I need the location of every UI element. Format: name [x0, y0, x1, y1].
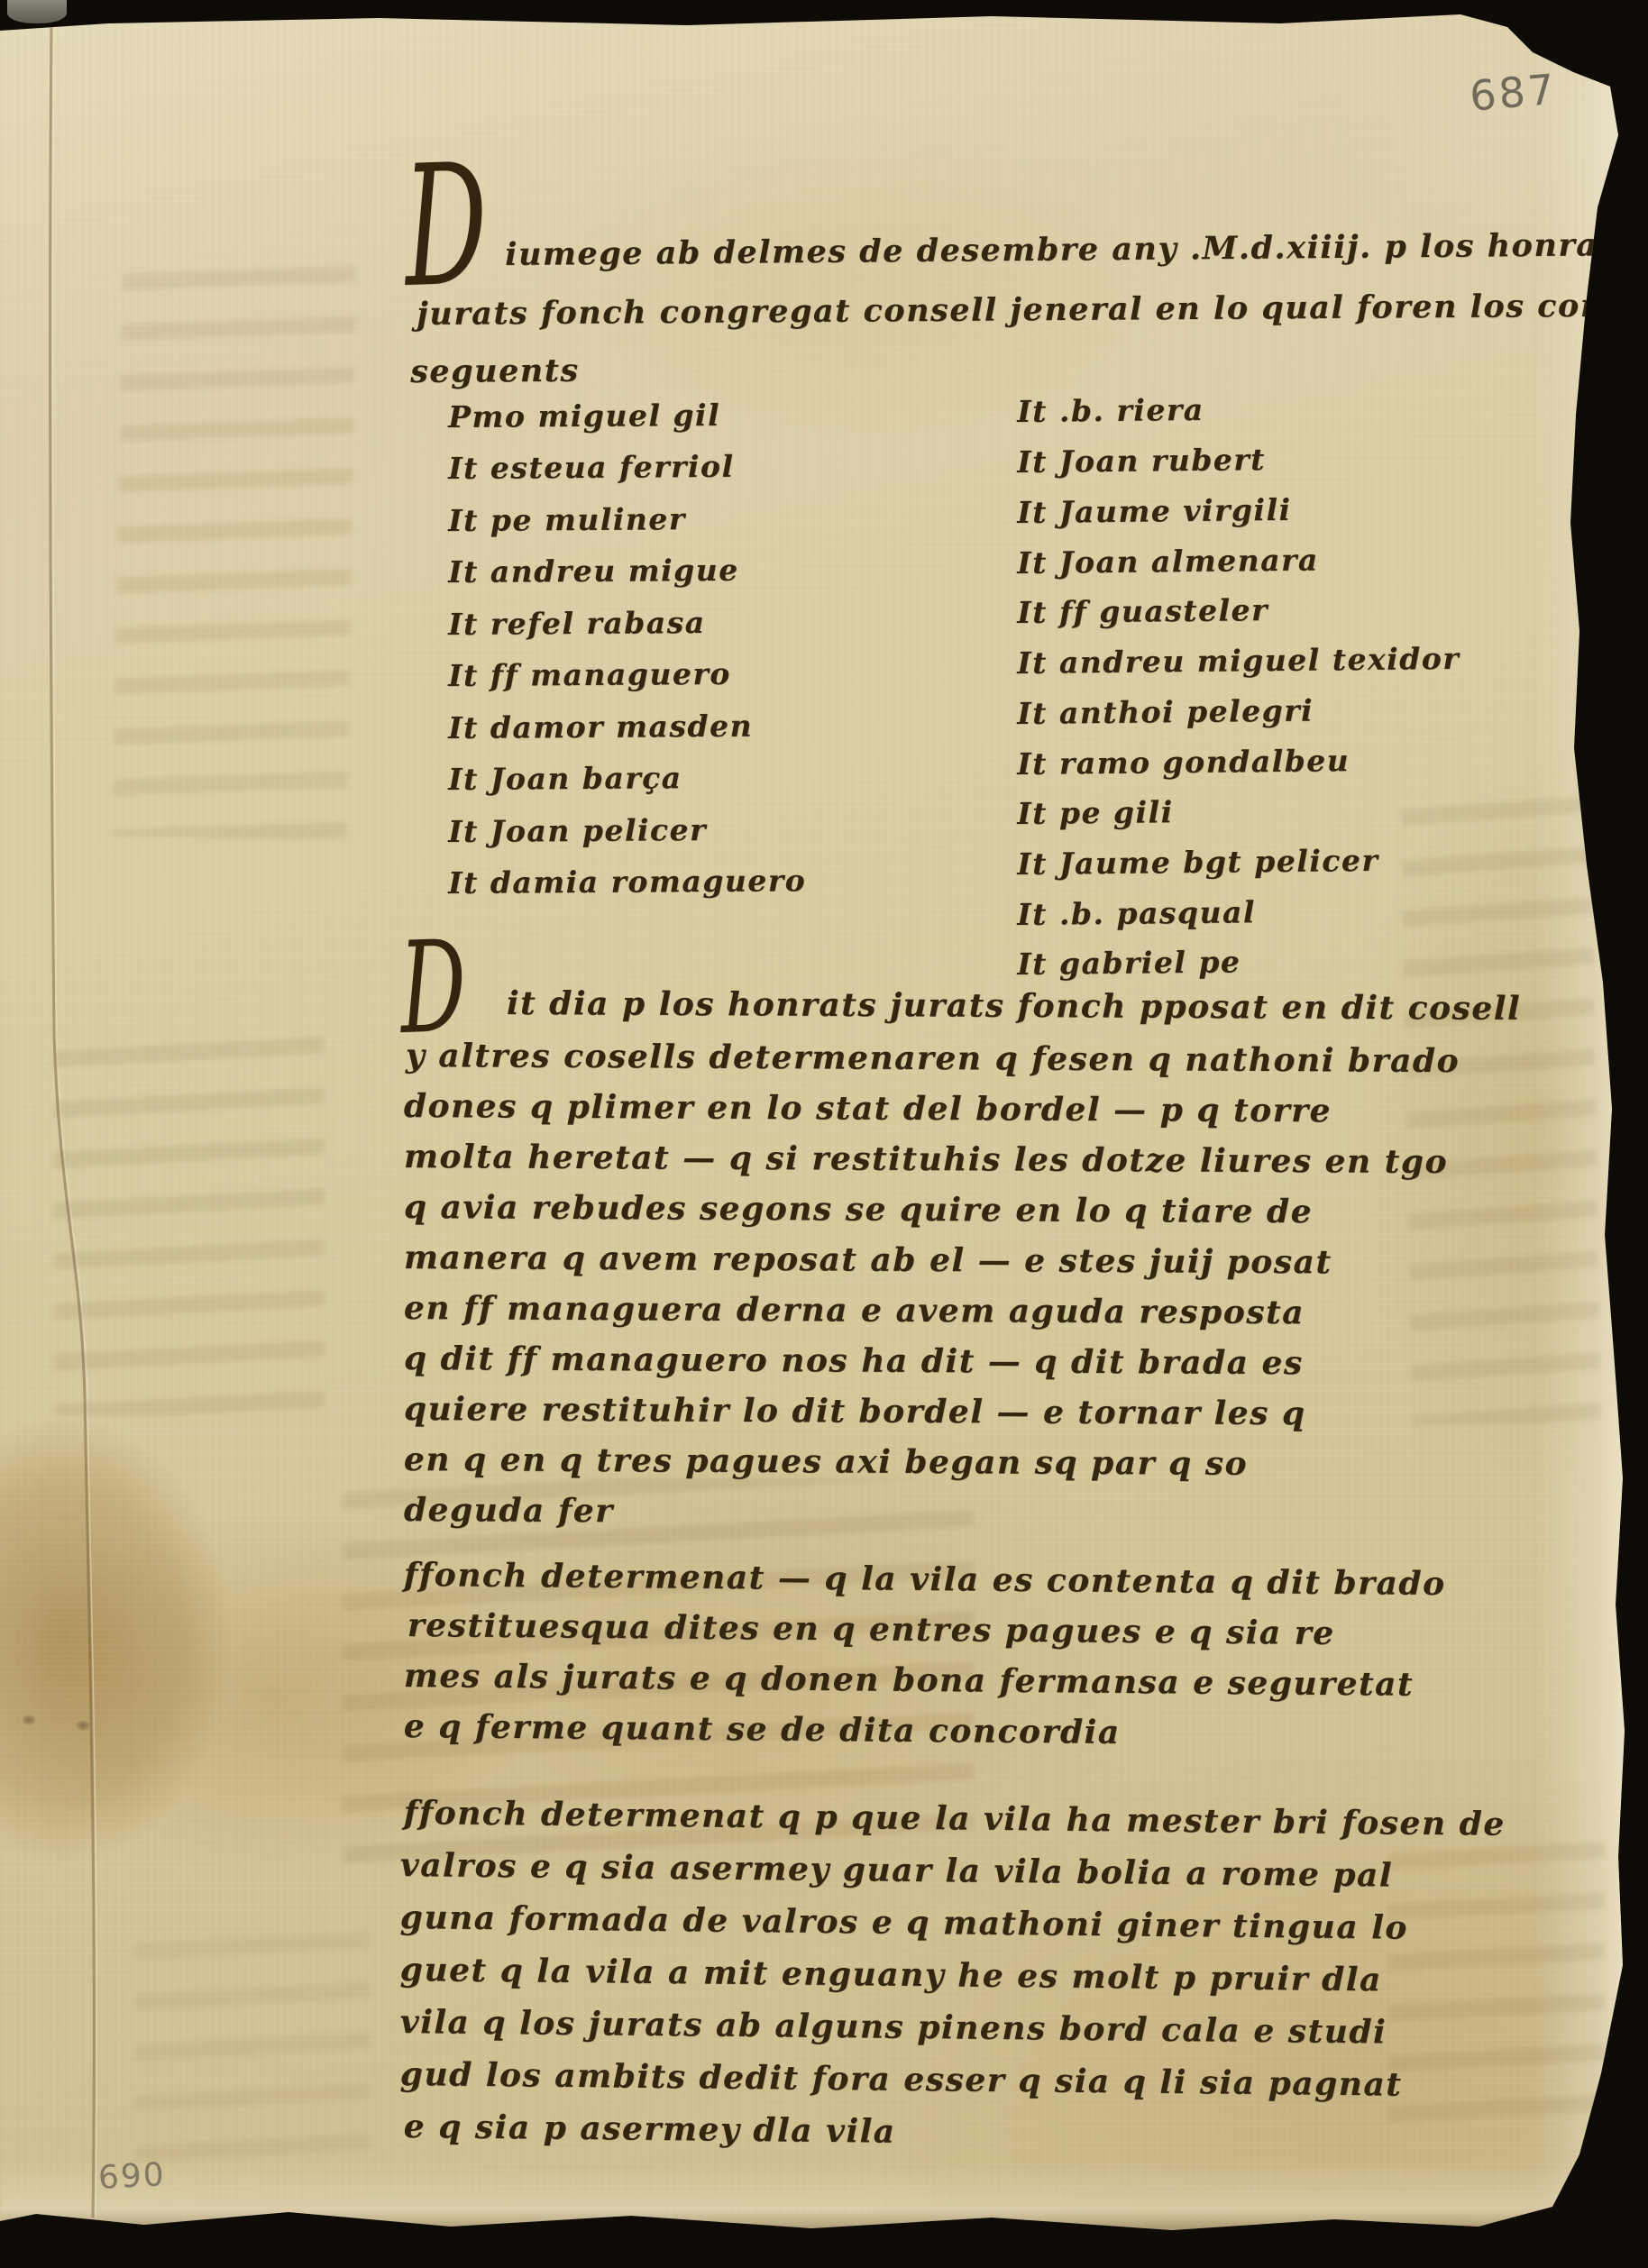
attendee-name: It .b. riera — [1017, 392, 1204, 429]
attendee-name: It Joan pelicer — [448, 812, 707, 849]
attendee-name: It damia romaguero — [448, 863, 806, 901]
heading-initial: D — [402, 158, 490, 294]
record-line: dones q plimer en lo stat del bordel — p… — [404, 1087, 1332, 1129]
attendee-name: It Joan almenara — [1017, 542, 1319, 581]
attendee-name: It pe muliner — [448, 501, 686, 538]
record-line: gud los ambits dedit fora esser q sia q … — [400, 2055, 1403, 2104]
record-line: molta heretat — q si restituhis les dotz… — [404, 1138, 1448, 1181]
attendee-name: It refel rabasa — [448, 605, 706, 642]
bleedthrough-ghost — [1388, 1839, 1605, 2136]
record-line: en ff managuera derna e avem aguda respo… — [404, 1289, 1305, 1331]
record-line: deguda fer — [404, 1491, 614, 1530]
record-line: valros e q sia asermey guar la vila boli… — [400, 1846, 1394, 1895]
attendee-name: It Joan rubert — [1017, 442, 1266, 480]
attendee-name: It damor masden — [448, 709, 753, 745]
sewing-hole — [76, 1720, 90, 1731]
attendee-name: It andreu migue — [448, 553, 739, 590]
heading-line: seguents — [410, 352, 580, 390]
record-line: q avia rebudes segons se quire en lo q t… — [404, 1188, 1313, 1230]
record-line: q dit ff managuero nos ha dit — q dit br… — [404, 1340, 1304, 1382]
attendee-name: It ff managuero — [448, 656, 731, 693]
attendee-name: It pe gili — [1017, 794, 1174, 831]
heading-line: iumege ab delmes de desembre any .M.d.xi… — [505, 226, 1634, 273]
record-line: quiere restituhir lo dit bordel — e torn… — [404, 1390, 1306, 1432]
record-line: e q sia p asermey dla vila — [404, 2108, 896, 2151]
bleedthrough-ghost — [1401, 791, 1601, 1426]
record-line: restituesqua dites en q entres pagues e … — [407, 1606, 1335, 1652]
record-line: manera q avem reposat ab el — e stes jui… — [404, 1239, 1332, 1281]
bleedthrough-ghost — [54, 1037, 325, 1415]
record-line: en q en q tres pagues axi began sq par q… — [404, 1440, 1248, 1483]
deckle-edge-bottom — [0, 2160, 1648, 2232]
bleedthrough-ghost — [112, 260, 356, 840]
attendee-name: It Jaume virgili — [1017, 492, 1292, 530]
manuscript-page: 687 690 D iumege ab delmes de desembre a… — [0, 0, 1648, 2268]
record-line: guna formada de valros e q mathoni giner… — [400, 1898, 1409, 1947]
attendee-name: It ramo gondalbeu — [1017, 743, 1350, 782]
attendee-name: It esteua ferriol — [448, 449, 735, 486]
heading-line: jurats fonch congregat consell jeneral e… — [417, 287, 1648, 333]
bleedthrough-ghost — [135, 1929, 370, 2163]
record-line: y altres cosells determenaren q fesen q … — [406, 1037, 1460, 1080]
sewing-hole — [22, 1715, 36, 1725]
attendee-name: It gabriel pe — [1017, 944, 1241, 982]
scanner-clamp — [7, 0, 67, 23]
attendee-name: It anthoi pelegri — [1017, 693, 1314, 731]
folio-number-bottom: 690 — [97, 2156, 167, 2197]
record-line: it dia p los honrats jurats fonch pposat… — [507, 984, 1521, 1028]
record-line: e q ferme quant se de dita concordia — [404, 1707, 1121, 1751]
attendee-name: It Jaume bgt pelicer — [1017, 843, 1378, 882]
attendee-name: It ff guasteler — [1017, 592, 1268, 630]
folio-number: 687 — [1468, 65, 1559, 121]
attendee-name: It .b. pasqual — [1017, 894, 1256, 932]
attendee-name: It andreu miguel texidor — [1017, 641, 1460, 681]
scan-backdrop: { "folio": { "top_right_number": "687", … — [0, 0, 1648, 2268]
attendee-name: It Joan barça — [448, 760, 682, 797]
paragraph-initial: D — [398, 937, 468, 1039]
record-line: vila q los jurats ab alguns pinens bord … — [400, 2003, 1387, 2051]
record-line: guet q la vila a mit enguany he es molt … — [400, 1951, 1382, 1998]
attendee-name: Pmo miguel gil — [448, 398, 720, 434]
